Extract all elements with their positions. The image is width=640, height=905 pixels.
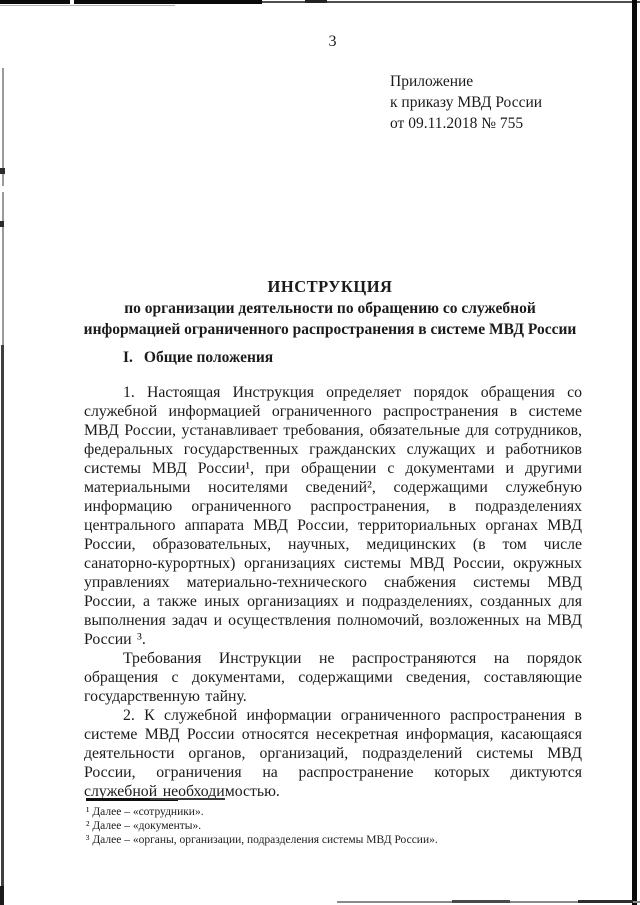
scan-edge-bottom [337, 901, 640, 903]
section-heading: I.Общие положения [123, 349, 273, 367]
footnote: ¹ Далее – «сотрудники». [86, 806, 566, 820]
order-reference-line: к приказу МВД России [390, 92, 542, 113]
scan-edge-top-underline [0, 5, 175, 6]
order-reference-line: Приложение [390, 71, 542, 92]
document-subtitle-line: по организации деятельности по обращению… [74, 298, 586, 320]
body-paragraph: Требования Инструкции не распространяютс… [84, 649, 582, 706]
footnote-separator-thin [150, 798, 225, 800]
footnote: ² Далее – «документы». [86, 820, 566, 834]
footnote: ³ Далее – «органы, организации, подразде… [86, 834, 566, 848]
scan-edge-left-lower [1, 345, 4, 905]
body-paragraph: 1. Настоящая Инструкция определяет поряд… [84, 383, 582, 649]
section-title: Общие положения [144, 349, 273, 366]
scan-edge-top-notch [70, 0, 74, 4]
scan-mark-left-1 [0, 168, 5, 174]
scan-edge-bottom-dash-1 [452, 900, 510, 903]
document-body: 1. Настоящая Инструкция определяет поряд… [84, 383, 582, 801]
scanned-document-page: 3 Приложение к приказу МВД России от 09.… [0, 0, 640, 905]
body-paragraph: 2. К служебной информации ограниченного … [84, 706, 582, 801]
scan-edge-left-upper [2, 68, 4, 186]
document-title-block: ИНСТРУКЦИЯ по организации деятельности п… [74, 276, 586, 341]
order-reference-line: от 09.11.2018 № 755 [390, 113, 542, 134]
scan-mark-bottom-left [0, 886, 4, 905]
scan-edge-top-right [262, 1, 640, 3]
document-subtitle-line: информацией ограниченного распространени… [74, 319, 586, 341]
scan-edge-top-dash [305, 0, 327, 3]
order-reference-block: Приложение к приказу МВД России от 09.11… [390, 71, 542, 134]
scan-edge-right [632, 0, 637, 905]
document-title: ИНСТРУКЦИЯ [74, 276, 586, 298]
scan-edge-bottom-dash-2 [578, 900, 633, 903]
scan-edge-top-left [0, 0, 262, 4]
scan-edge-left-middle [2, 192, 4, 345]
page-number: 3 [84, 33, 581, 51]
scan-mark-left-2 [0, 221, 4, 227]
section-number: I. [123, 349, 133, 366]
footnotes-block: ¹ Далее – «сотрудники». ² Далее – «докум… [86, 806, 566, 847]
